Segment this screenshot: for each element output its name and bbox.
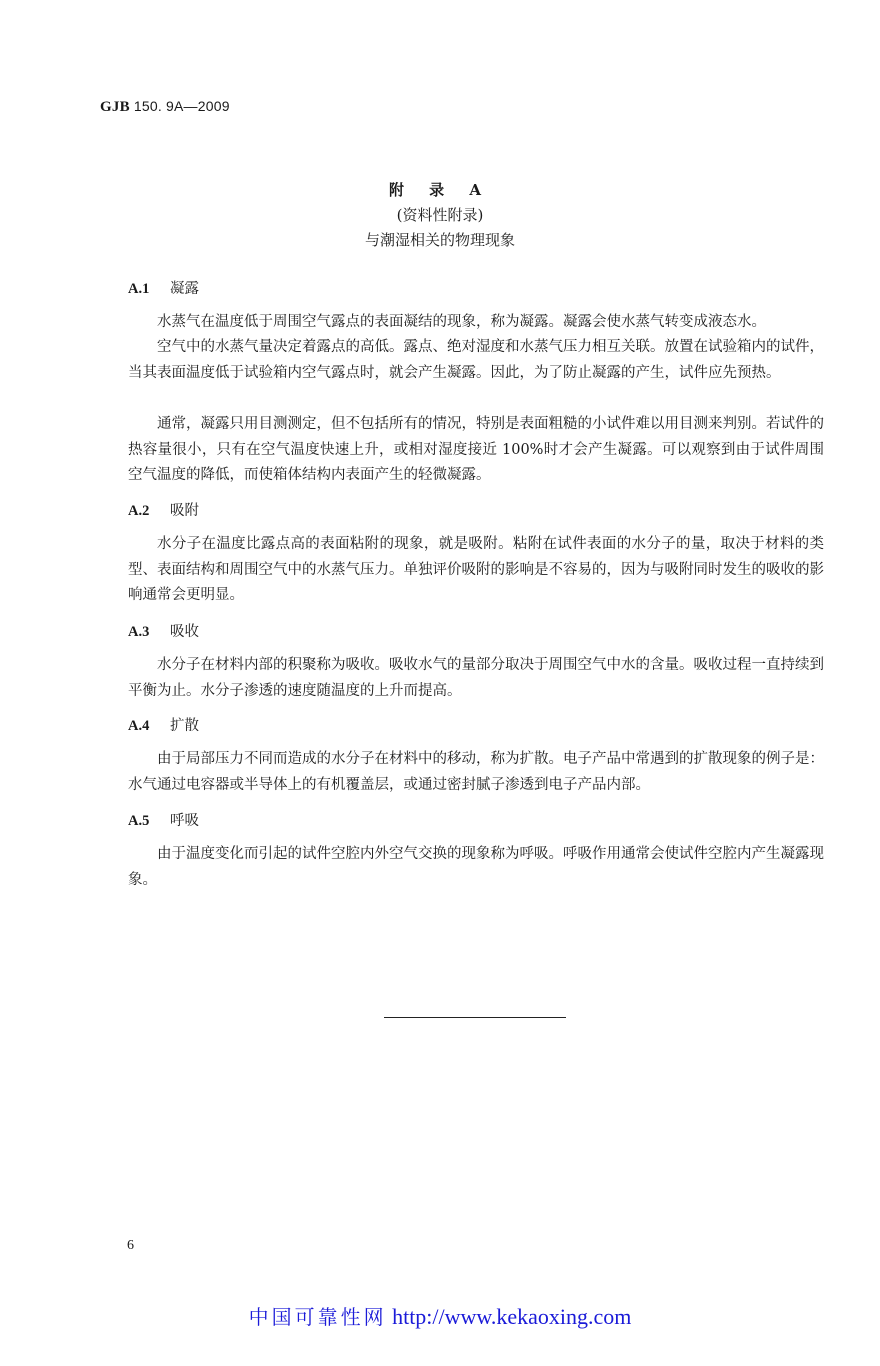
- appendix-heading: 附 录 A (资料性附录) 与潮湿相关的物理现象: [0, 178, 880, 253]
- watermark: 中国可靠性网 http://www.kekaoxing.com: [0, 1301, 880, 1330]
- section-title: 吸收: [170, 624, 199, 640]
- watermark-site-name: 中国可靠性网: [249, 1305, 387, 1329]
- section-heading-a5: A.5呼吸: [128, 809, 199, 830]
- section-number: A.5: [128, 813, 170, 830]
- appendix-subtitle: 与潮湿相关的物理现象: [0, 228, 880, 253]
- standard-code: GJB 150. 9A—2009: [100, 98, 230, 116]
- section-number: A.2: [128, 503, 170, 520]
- paragraph: 由于局部压力不同而造成的水分子在材料中的移动，称为扩散。电子产品中常遇到的扩散现…: [128, 747, 824, 798]
- section-title: 凝露: [170, 281, 199, 297]
- standard-number: 150. 9A—2009: [134, 98, 230, 114]
- appendix-type: (资料性附录): [0, 203, 880, 228]
- section-heading-a3: A.3吸收: [128, 620, 199, 641]
- paragraph: 空气中的水蒸气量决定着露点的高低。露点、绝对湿度和水蒸气压力相互关联。放置在试验…: [128, 335, 824, 386]
- appendix-title: 附 录 A: [0, 178, 880, 203]
- paragraph: 水分子在材料内部的积聚称为吸收。吸收水气的量部分取决于周围空气中水的含量。吸收过…: [128, 653, 824, 704]
- paragraph: 通常，凝露只用目测测定，但不包括所有的情况，特别是表面粗糙的小试件难以用目测来判…: [128, 412, 824, 489]
- watermark-url[interactable]: http://www.kekaoxing.com: [392, 1304, 631, 1329]
- section-heading-a2: A.2吸附: [128, 499, 199, 520]
- end-rule-divider: [384, 1017, 566, 1018]
- section-number: A.4: [128, 718, 170, 735]
- paragraph: 水蒸气在温度低于周围空气露点的表面凝结的现象，称为凝露。凝露会使水蒸气转变成液态…: [128, 310, 824, 336]
- section-number: A.1: [128, 281, 170, 298]
- paragraph: 水分子在温度比露点高的表面粘附的现象，就是吸附。粘附在试件表面的水分子的量，取决…: [128, 532, 824, 609]
- section-heading-a4: A.4扩散: [128, 714, 199, 735]
- section-title: 扩散: [170, 718, 199, 734]
- paragraph: 由于温度变化而引起的试件空腔内外空气交换的现象称为呼吸。呼吸作用通常会使试件空腔…: [128, 842, 824, 893]
- section-heading-a1: A.1凝露: [128, 277, 199, 298]
- page-number: 6: [127, 1238, 134, 1254]
- section-title: 呼吸: [170, 813, 199, 829]
- standard-prefix: GJB: [100, 99, 130, 115]
- section-number: A.3: [128, 624, 170, 641]
- section-title: 吸附: [170, 503, 199, 519]
